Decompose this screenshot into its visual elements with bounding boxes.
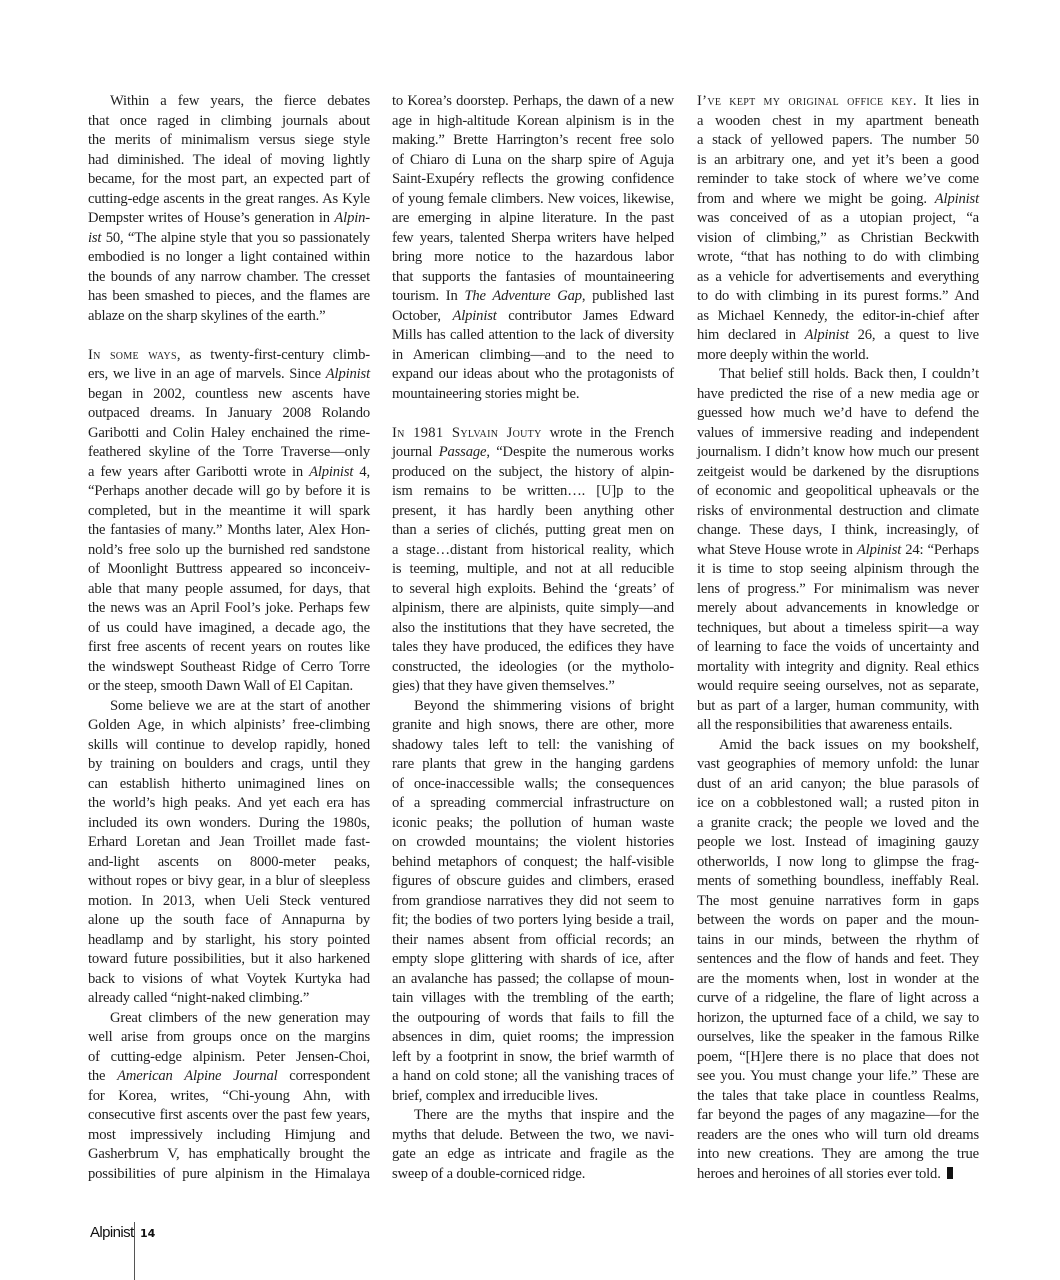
text-line: vision of climbing,” as Christian Beckwi… <box>697 229 979 249</box>
text-line: gies) that they have given themselves.” <box>392 677 674 697</box>
text-line: tales they have produced, the edifices t… <box>392 638 674 658</box>
text-line: of cutting-edge alpinism. Peter Jensen-C… <box>88 1048 370 1068</box>
end-mark-icon <box>947 1167 953 1179</box>
text-line: is teeming, multiple, and not at all red… <box>392 560 674 580</box>
text-line: a few years after Garibotti wrote in Alp… <box>88 463 370 483</box>
text-line: zeitgeist would be darkened by the disru… <box>697 463 979 483</box>
text-line: is an arbitrary one, and yet it’s been a… <box>697 151 979 171</box>
text-line: few years, talented Sherpa writers have … <box>392 229 674 249</box>
text-line: that once raged in climbing journals abo… <box>88 112 370 132</box>
text-line: already called “night-naked climbing.” <box>88 989 370 1009</box>
text-line: would require seeing ourselves, not as s… <box>697 677 979 697</box>
text-line: a stack of yellowed papers. The number 5… <box>697 131 979 151</box>
text-line: guessed how much we’d have to defend the <box>697 404 979 424</box>
text-line: on crowded mountains; the violent histor… <box>392 833 674 853</box>
text-line: a hand on cold stone; all the vanishing … <box>392 1067 674 1087</box>
text-line: bring more notice to the hazardous labor <box>392 248 674 268</box>
text-line: figures of obscure guides and climbers, … <box>392 872 674 892</box>
text-line: making.” Brette Harrington’s recent free… <box>392 131 674 151</box>
text-line: mortality with integrity and dignity. Re… <box>697 658 979 678</box>
text-line: outpaced dreams. In January 2008 Rolando <box>88 404 370 424</box>
publication-logo: Alpinist <box>90 1224 134 1241</box>
text-line: the news was an April Fool’s joke. Perha… <box>88 599 370 619</box>
text-line: to do with climbing in its purest forms.… <box>697 287 979 307</box>
text-line: Dempster writes of House’s generation in… <box>88 209 370 229</box>
text-line: the bounds of any narrow chamber. The cr… <box>88 268 370 288</box>
text-line: In some ways, as twenty-first-century cl… <box>88 346 370 366</box>
text-line: rare plants that grew in the hanging gar… <box>392 755 674 775</box>
text-line: Garibotti and Colin Haley enchained the … <box>88 424 370 444</box>
text-line: journalism. I didn’t know how much our p… <box>697 443 979 463</box>
text-line: behind metaphors of conquest; the half-v… <box>392 853 674 873</box>
text-line: toward future possibilities, but it also… <box>88 950 370 970</box>
text-line: ice on a cobblestoned wall; a rusted pit… <box>697 794 979 814</box>
text-line: from grandiose narratives they did not s… <box>392 892 674 912</box>
text-line: produced on the subject, the history of … <box>392 463 674 483</box>
text-line: techniques, but about a timeless spirit—… <box>697 619 979 639</box>
text-line: was conceived of as a utopian project, “… <box>697 209 979 229</box>
text-line: cutting-edge ascents in the great ranges… <box>88 190 370 210</box>
text-line: That belief still holds. Back then, I co… <box>697 365 979 385</box>
text-line: of economic and geopolitical upheavals o… <box>697 482 979 502</box>
text-line: Some believe we are at the start of anot… <box>88 697 370 717</box>
text-line: what Steve House wrote in Alpinist 24: “… <box>697 541 979 561</box>
text-line: between the words on paper and the moun- <box>697 911 979 931</box>
text-line: consecutive first ascents over the past … <box>88 1106 370 1126</box>
text-line: far beyond the pages of any magazine—for… <box>697 1106 979 1126</box>
text-line: feathered skyline of the Torre Traverse—… <box>88 443 370 463</box>
text-line: to Korea’s doorstep. Perhaps, the dawn o… <box>392 92 674 112</box>
text-line: There are the myths that inspire and the <box>392 1106 674 1126</box>
text-line: iconic peaks; the pollution of human was… <box>392 814 674 834</box>
text-line: present, it has hardly been anything oth… <box>392 502 674 522</box>
text-line: age in high-altitude Korean alpinism is … <box>392 112 674 132</box>
text-line: shadowy tales left to tell: the vanishin… <box>392 736 674 756</box>
text-line: in American climbing—and to the need to <box>392 346 674 366</box>
text-line: absences in dim, quiet rooms; the impres… <box>392 1028 674 1048</box>
text-line: to several high exploits. Behind the ‘gr… <box>392 580 674 600</box>
text-line: all the responsibilities that awareness … <box>697 716 979 736</box>
text-line: as a vehicle for advertisements and ever… <box>697 268 979 288</box>
text-line: Great climbers of the new generation may <box>88 1009 370 1029</box>
text-line: Erhard Loretan and Jean Troillet made fa… <box>88 833 370 853</box>
text-line: can establish hitherto unimagined lines … <box>88 775 370 795</box>
text-line: of learning to face the voids of uncerta… <box>697 638 979 658</box>
text-line: Amid the back issues on my bookshelf, <box>697 736 979 756</box>
text-line: has been smashed to pieces, and the flam… <box>88 287 370 307</box>
section-lead-in: In 1981 Sylvain Jouty <box>392 425 542 441</box>
text-line: have predicted the rise of a new media a… <box>697 385 979 405</box>
text-line: also the institutions that they have sec… <box>392 619 674 639</box>
text-line: than a series of clichés, putting great … <box>392 521 674 541</box>
text-line: The most genuine narratives form in gaps <box>697 892 979 912</box>
text-line: empty slope glittering with shards of ic… <box>392 950 674 970</box>
text-line: their names absent from official records… <box>392 931 674 951</box>
section-break <box>88 326 370 346</box>
text-line: ism remains to be written…. [U]p to the <box>392 482 674 502</box>
text-line: or the steep, smooth Dawn Wall of El Cap… <box>88 677 370 697</box>
text-line: ablaze on the sharp skylines of the eart… <box>88 307 370 327</box>
text-line: expand our ideas about who the protagoni… <box>392 365 674 385</box>
text-line: began in 2002, countless new ascents hav… <box>88 385 370 405</box>
text-line: had diminished. The ideal of moving ligh… <box>88 151 370 171</box>
text-line: alone up the south face of Annapurna by <box>88 911 370 931</box>
text-line: tain villages with the trembling of the … <box>392 989 674 1009</box>
text-line: ments of something boundless, ineffably … <box>697 872 979 892</box>
text-line: of young female climbers. New voices, li… <box>392 190 674 210</box>
article-column-3: I’ve kept my original office key. It lie… <box>697 92 979 1184</box>
text-line: vast geographies of memory unfold: the l… <box>697 755 979 775</box>
text-line: values of immersive reading and independ… <box>697 424 979 444</box>
text-line: it is time to stop seeing alpinism throu… <box>697 560 979 580</box>
text-line: tains in our minds, between the rhythm o… <box>697 931 979 951</box>
text-line: mountaineering stories might be. <box>392 385 674 405</box>
article-column-1: Within a few years, the fierce debatesth… <box>88 92 370 1184</box>
text-line: the fantasies of many.” Months later, Al… <box>88 521 370 541</box>
text-line: back to visions of what Voytek Kurtyka h… <box>88 970 370 990</box>
text-line: into new creations. They are among the t… <box>697 1145 979 1165</box>
text-line: the tales that take place in countless R… <box>697 1087 979 1107</box>
text-line: headlamp and by starlight, his story poi… <box>88 931 370 951</box>
text-line: of Moonlight Buttress appeared so inconc… <box>88 560 370 580</box>
text-line: of us could have imagined, a decade ago,… <box>88 619 370 639</box>
text-line: the windswept Southeast Ridge of Cerro T… <box>88 658 370 678</box>
text-line: myths that delude. Between the two, we n… <box>392 1126 674 1146</box>
text-line: horizon, the upturned face of a child, w… <box>697 1009 979 1029</box>
text-line: the merits of minimalism versus siege st… <box>88 131 370 151</box>
text-line: ers, we live in an age of marvels. Since… <box>88 365 370 385</box>
text-line: ourselves, like the speaker in the famou… <box>697 1028 979 1048</box>
text-line: an avalanche has passed; the collapse of… <box>392 970 674 990</box>
text-line: able that many people assumed, for days,… <box>88 580 370 600</box>
text-line: as Michael Kennedy, the editor-in-chief … <box>697 307 979 327</box>
text-line: most impressively including Himjung and <box>88 1126 370 1146</box>
section-break <box>392 404 674 424</box>
text-line: the outpouring of words that fails to fi… <box>392 1009 674 1029</box>
text-line: a stage…distant from historical reality,… <box>392 541 674 561</box>
text-line: tourism. In The Adventure Gap, published… <box>392 287 674 307</box>
text-line: of a spreading commercial infrastructure… <box>392 794 674 814</box>
text-line: well arise from groups once on the margi… <box>88 1028 370 1048</box>
text-line: completed, but in the meantime it will s… <box>88 502 370 522</box>
text-line: possibilities of pure alpinism in the Hi… <box>88 1165 370 1185</box>
text-line: I’ve kept my original office key. It lie… <box>697 92 979 112</box>
text-line: and-light ascents on 8000-meter peaks, <box>88 853 370 873</box>
text-line: first free ascents of recent years on ro… <box>88 638 370 658</box>
text-line: merely about advancements in knowledge o… <box>697 599 979 619</box>
text-line: readers are the ones who will turn old d… <box>697 1126 979 1146</box>
article-column-2: to Korea’s doorstep. Perhaps, the dawn o… <box>392 92 674 1184</box>
text-line: are emerging in alpine literature. In th… <box>392 209 674 229</box>
text-line: sentences and the flow of hands and feet… <box>697 950 979 970</box>
text-line: motion. In 2013, when Ueli Steck venture… <box>88 892 370 912</box>
text-line: Beyond the shimmering visions of bright <box>392 697 674 717</box>
text-line: Mills has called attention to the lack o… <box>392 326 674 346</box>
text-line: nold’s free solo up the burnished red sa… <box>88 541 370 561</box>
text-line: of Chiaro di Luna on the sharp spire of … <box>392 151 674 171</box>
text-line: Within a few years, the fierce debates <box>88 92 370 112</box>
text-line: people we lost. Instead of imagining gau… <box>697 833 979 853</box>
text-line: poem, “[H]ere there is no place that doe… <box>697 1048 979 1068</box>
text-line: see you. You must change your life.” The… <box>697 1067 979 1087</box>
text-line: dust of an arid canyon; the blue parasol… <box>697 775 979 795</box>
text-line: ist 50, “The alpine style that you so pa… <box>88 229 370 249</box>
text-line: October, Alpinist contributor James Edwa… <box>392 307 674 327</box>
text-line: risks of environmental destruction and c… <box>697 502 979 522</box>
text-line: included its own wonders. During the 198… <box>88 814 370 834</box>
text-line: Saint-Exupéry reflects the growing confi… <box>392 170 674 190</box>
text-line: otherworlds, I now long to glimpse the f… <box>697 853 979 873</box>
text-line: are the moments when, lost in wonder at … <box>697 970 979 990</box>
page-number: 14 <box>140 1227 155 1240</box>
text-line: curve of a ridgeline, the flare of light… <box>697 989 979 1009</box>
text-line: skills will continue to develop rapidly,… <box>88 736 370 756</box>
text-line: “Perhaps another decade will go by befor… <box>88 482 370 502</box>
text-line: of once-inaccessible walls; the conseque… <box>392 775 674 795</box>
text-line: wrote, “that has nothing to do with clim… <box>697 248 979 268</box>
text-line: him declared in Alpinist 26, a quest to … <box>697 326 979 346</box>
text-line: gate an edge as intricate and fragile as… <box>392 1145 674 1165</box>
text-line: heroes and heroines of all stories ever … <box>697 1165 979 1185</box>
text-line: but as part of a larger, human community… <box>697 697 979 717</box>
text-line: lens of progress.” For minimalism was ne… <box>697 580 979 600</box>
section-lead-in: In some ways, <box>88 347 181 363</box>
text-line: the American Alpine Journal corresponden… <box>88 1067 370 1087</box>
section-lead-in: I’ve kept my original office key. <box>697 93 917 109</box>
text-line: a wooden chest in my apartment beneath <box>697 112 979 132</box>
text-line: from and where we might be going. Alpini… <box>697 190 979 210</box>
text-line: reminder to take stock of where we’ve co… <box>697 170 979 190</box>
text-line: granite and high snows, there are other,… <box>392 716 674 736</box>
text-line: by training on boulders and crags, until… <box>88 755 370 775</box>
text-line: a granite crack; the people we loved and… <box>697 814 979 834</box>
text-line: the world’s high peaks. And yet each era… <box>88 794 370 814</box>
text-line: In 1981 Sylvain Jouty wrote in the Frenc… <box>392 424 674 444</box>
text-line: change. These days, I think, increasingl… <box>697 521 979 541</box>
text-line: more deeply within the world. <box>697 346 979 366</box>
text-line: left by a footprint in snow, the brief w… <box>392 1048 674 1068</box>
text-line: became, for the most part, an expected p… <box>88 170 370 190</box>
text-line: sweep of a double-corniced ridge. <box>392 1165 674 1185</box>
text-line: alpinism, there are alpinists, quite sim… <box>392 599 674 619</box>
text-line: Gasherbrum V, has emphatically brought t… <box>88 1145 370 1165</box>
text-line: journal Passage, “Despite the numerous w… <box>392 443 674 463</box>
text-line: without ropes or bivy gear, in a blur of… <box>88 872 370 892</box>
footer-divider <box>134 1222 135 1280</box>
text-line: brief, complex and irreducible lives. <box>392 1087 674 1107</box>
text-line: that supports the fantasies of mountaine… <box>392 268 674 288</box>
text-line: constructed, the ideologies (or the myth… <box>392 658 674 678</box>
text-line: embodied is no longer a light contained … <box>88 248 370 268</box>
text-line: Golden Age, in which alpinists’ free-cli… <box>88 716 370 736</box>
text-line: fit; the bodies of two porters lying bes… <box>392 911 674 931</box>
text-line: for Korea, writes, “Chi-young Ahn, with <box>88 1087 370 1107</box>
